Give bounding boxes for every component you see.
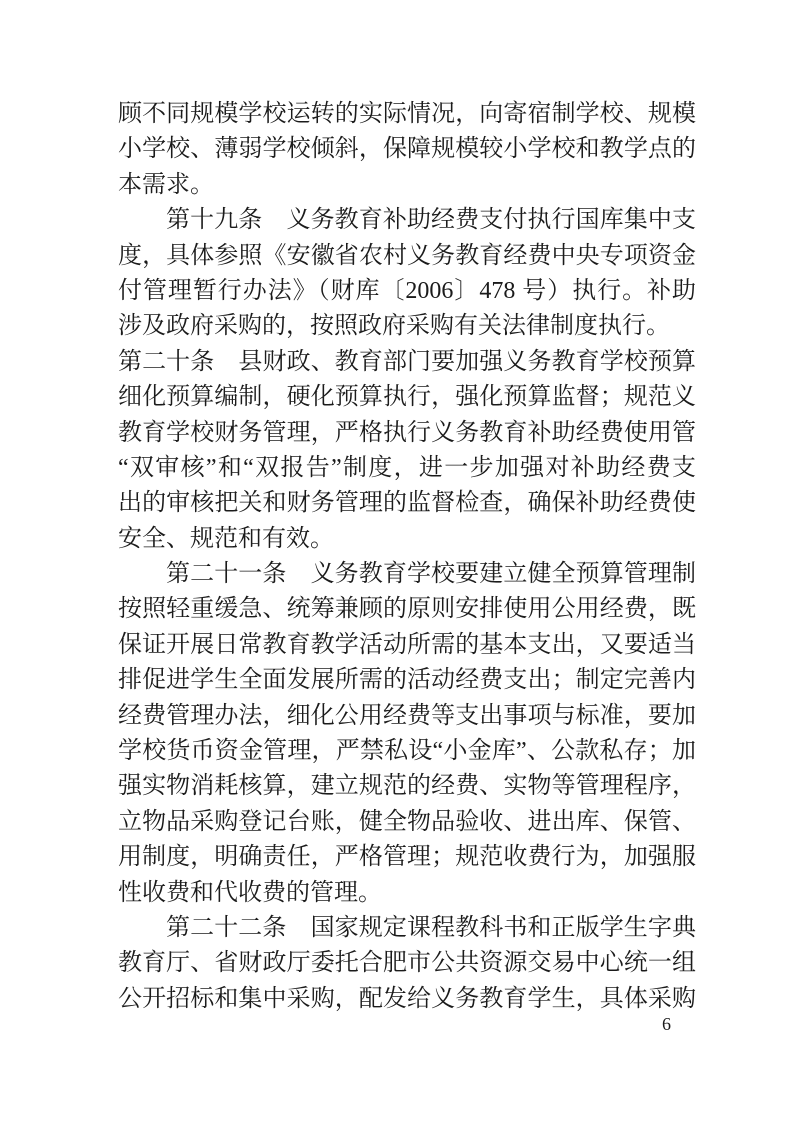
text-line: 教育学校财务管理，严格执行义务教育补助经费使用管理 — [118, 416, 696, 451]
text-line: 按照轻重缓急、统筹兼顾的原则安排使用公用经费，既要 — [118, 592, 696, 627]
text-line: 细化预算编制，硬化预算执行，强化预算监督；规范义务 — [118, 380, 696, 415]
text-line: 涉及政府采购的，按照政府采购有关法律制度执行。 — [118, 309, 696, 344]
text-line: 出的审核把关和财务管理的监督检查，确保补助经费使用 — [118, 486, 696, 521]
text-line: 立物品采购登记台账，健全物品验收、进出库、保管、领 — [118, 805, 696, 840]
page-number-label: 6 — [662, 1014, 671, 1034]
document-page: 顾不同规模学校运转的实际情况，向寄宿制学校、规模较小学校、薄弱学校倾斜，保障规模… — [0, 0, 793, 1122]
text-line: 度，具体参照《安徽省农村义务教育经费中央专项资金支 — [118, 239, 696, 274]
text-line: 顾不同规模学校运转的实际情况，向寄宿制学校、规模较 — [118, 97, 696, 132]
text-line: 公开招标和集中采购，配发给义务教育学生，具体采购办 — [118, 982, 696, 1017]
text-line: 用制度，明确责任，严格管理；规范收费行为，加强服务 — [118, 840, 696, 875]
text-line: 安全、规范和有效。 — [118, 522, 696, 557]
text-line: 小学校、薄弱学校倾斜，保障规模较小学校和教学点的基 — [118, 132, 696, 167]
text-line: 本需求。 — [118, 168, 696, 203]
document-text-block: 顾不同规模学校运转的实际情况，向寄宿制学校、规模较小学校、薄弱学校倾斜，保障规模… — [118, 97, 696, 1017]
text-line: “双审核”和“双报告”制度，进一步加强对补助经费支 — [118, 451, 696, 486]
text-line: 经费管理办法，细化公用经费等支出事项与标准，要加强 — [118, 699, 696, 734]
text-line: 性收费和代收费的管理。 — [118, 876, 696, 911]
text-line: 强实物消耗核算，建立规范的经费、实物等管理程序，建 — [118, 769, 696, 804]
text-line: 第二十一条 义务教育学校要建立健全预算管理制度， — [118, 557, 696, 592]
text-line: 排促进学生全面发展所需的活动经费支出；制定完善内部 — [118, 663, 696, 698]
text-line: 学校货币资金管理，严禁私设“小金库”、公款私存；加 — [118, 734, 696, 769]
text-line: 保证开展日常教育教学活动所需的基本支出，又要适当安 — [118, 628, 696, 663]
text-line: 付管理暂行办法》（财库〔2006〕478 号）执行。补助经费 — [118, 274, 696, 309]
text-line: 教育厅、省财政厅委托合肥市公共资源交易中心统一组织 — [118, 946, 696, 981]
text-line: 第二十二条 国家规定课程教科书和正版学生字典由省 — [118, 911, 696, 946]
text-line: 第十九条 义务教育补助经费支付执行国库集中支付制 — [118, 203, 696, 238]
text-line: 第二十条 县财政、教育部门要加强义务教育学校预算管理， — [118, 345, 696, 380]
